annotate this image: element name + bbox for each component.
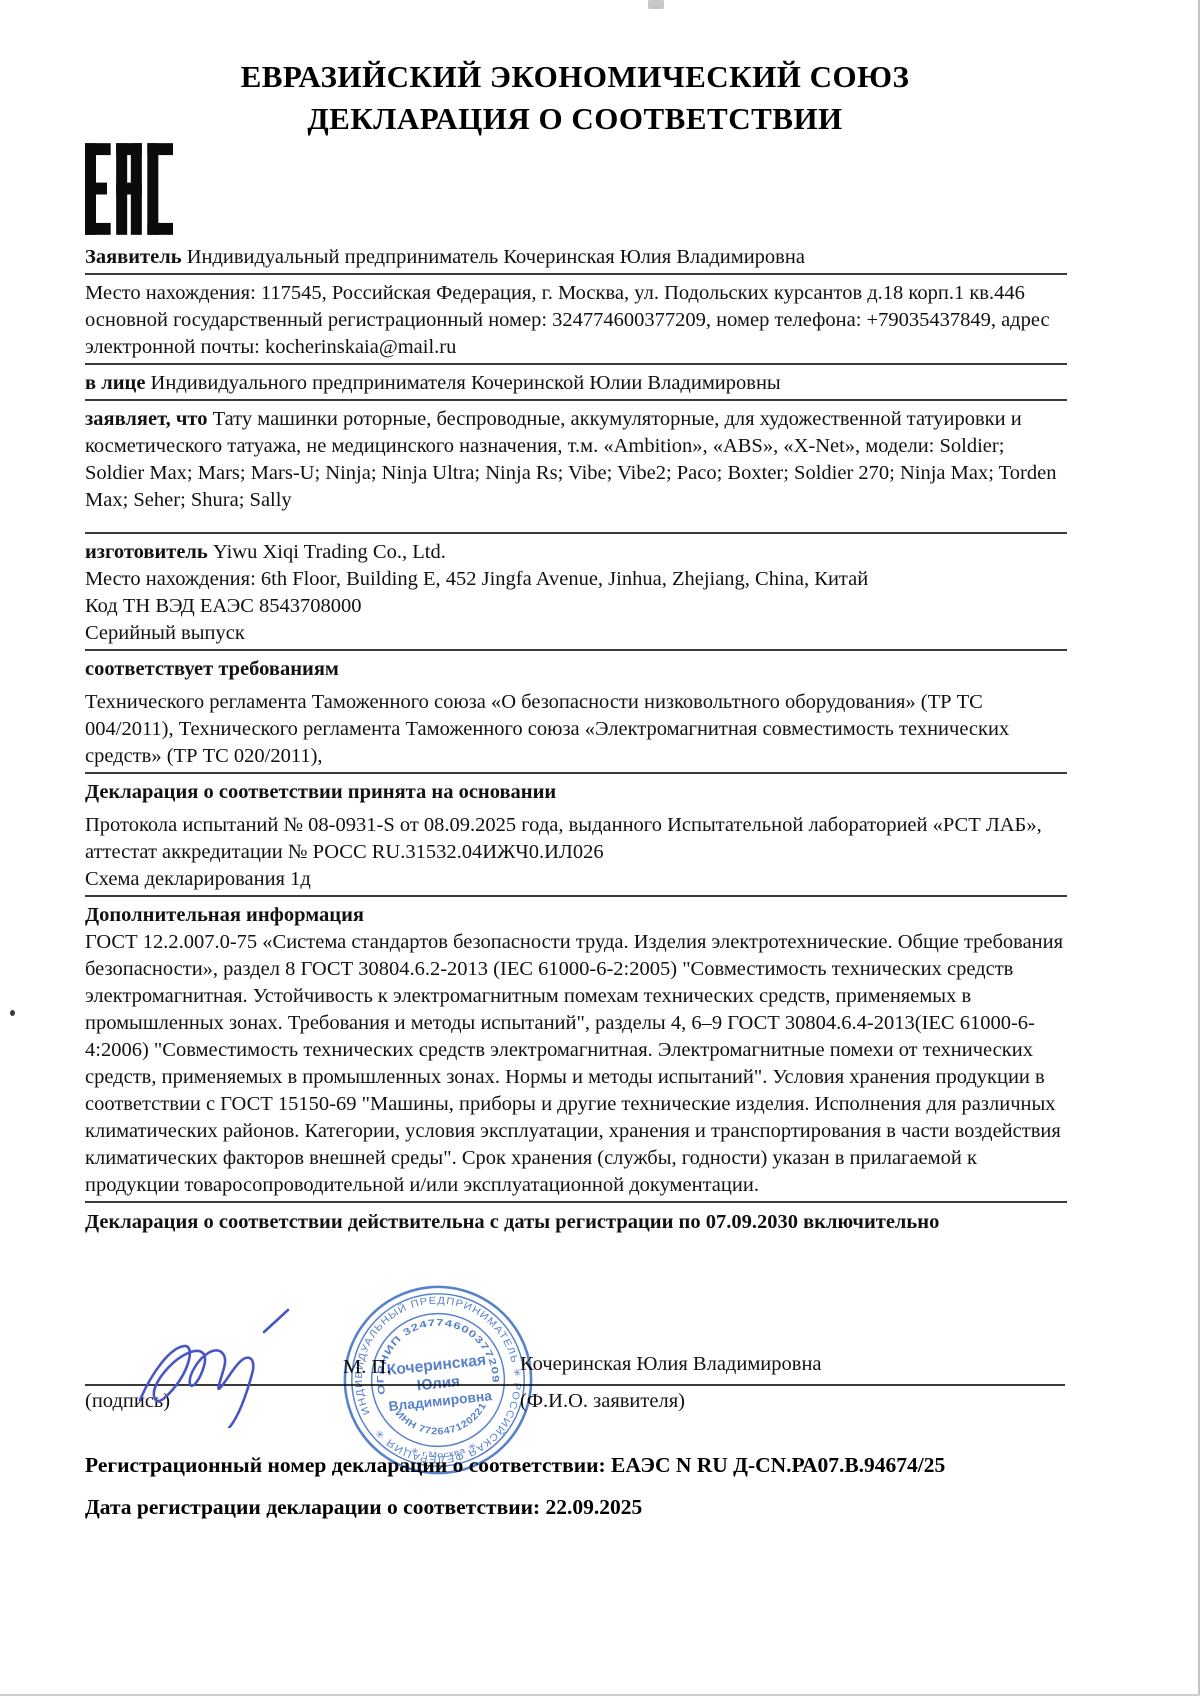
title-line-declaration: ДЕКЛАРАЦИЯ О СООТВЕТСТВИИ — [85, 98, 1065, 140]
section-divider — [85, 273, 1067, 275]
round-stamp: ИНДИВИДУАЛЬНЫЙ ПРЕДПРИНИМАТЕЛЬ ✳ РОССИЙС… — [322, 1264, 555, 1497]
section-divider — [85, 1201, 1067, 1203]
handwritten-signature — [112, 1288, 312, 1428]
applicant-address: Место нахождения: 117545, Российская Фед… — [85, 280, 1067, 307]
declares-label: заявляет, что — [85, 408, 207, 430]
manufacturer-label: изготовитель — [85, 541, 208, 563]
scan-smudge — [648, 0, 664, 9]
registration-date-value: 22.09.2025 — [540, 1495, 642, 1519]
section-divider — [85, 363, 1067, 365]
registration-date-row: Дата регистрации декларации о соответств… — [85, 1495, 1085, 1520]
section-divider — [85, 649, 1067, 651]
scan-dot — [10, 1010, 15, 1016]
basis-protocol: Протокола испытаний № 08-0931-S от 08.09… — [85, 812, 1067, 866]
manufacturer-address: Место нахождения: 6th Floor, Building E,… — [85, 566, 1067, 593]
manufacturer-name: Yiwu Xiqi Trading Co., Ltd. — [208, 541, 446, 563]
in-person-row: в лице Индивидуального предпринимателя К… — [85, 370, 1067, 397]
product-declaration-row: заявляет, что Тату машинки роторные, бес… — [85, 406, 1067, 514]
applicant-fio: Кочеринская Юлия Владимировна — [520, 1353, 822, 1376]
eac-mark-icon — [85, 143, 173, 235]
validity-statement: Декларация о соответствии действительна … — [85, 1209, 1067, 1236]
applicant-row: Заявитель Индивидуальный предприниматель… — [85, 244, 1067, 271]
section-divider — [85, 532, 1067, 534]
additional-info-body: ГОСТ 12.2.007.0-75 «Система стандартов б… — [85, 929, 1067, 1199]
section-divider — [85, 399, 1067, 401]
declaration-document-page: ЕВРАЗИЙСКИЙ ЭКОНОМИЧЕСКИЙ СОЮЗ ДЕКЛАРАЦИ… — [0, 0, 1200, 1696]
document-title: ЕВРАЗИЙСКИЙ ЭКОНОМИЧЕСКИЙ СОЮЗ ДЕКЛАРАЦИ… — [85, 56, 1065, 140]
product-description: Тату машинки роторные, беспроводные, акк… — [85, 408, 1056, 511]
in-person-label: в лице — [85, 372, 145, 394]
additional-info-heading: Дополнительная информация — [85, 902, 1067, 929]
compliance-heading: соответствует требованиям — [85, 656, 1067, 683]
registration-number-value: ЕАЭС N RU Д-CN.РА07.В.94674/25 — [606, 1453, 946, 1477]
applicant-ogrn-contacts: основной государственный регистрационный… — [85, 307, 1067, 361]
applicant-label: Заявитель — [85, 246, 182, 268]
section-divider — [85, 772, 1067, 774]
tnved-code: Код ТН ВЭД ЕАЭС 8543708000 — [85, 593, 1067, 620]
compliance-body: Технического регламента Таможенного союз… — [85, 689, 1067, 770]
basis-scheme: Схема декларирования 1д — [85, 866, 1067, 893]
release-type: Серийный выпуск — [85, 620, 1067, 647]
document-body: Заявитель Индивидуальный предприниматель… — [85, 244, 1067, 1236]
manufacturer-row: изготовитель Yiwu Xiqi Trading Co., Ltd. — [85, 539, 1067, 566]
basis-heading: Декларация о соответствии принята на осн… — [85, 779, 1067, 806]
title-line-union: ЕВРАЗИЙСКИЙ ЭКОНОМИЧЕСКИЙ СОЮЗ — [85, 56, 1065, 98]
section-divider — [85, 895, 1067, 897]
registration-date-label: Дата регистрации декларации о соответств… — [85, 1495, 540, 1519]
in-person-name: Индивидуального предпринимателя Кочеринс… — [145, 372, 780, 394]
applicant-name: Индивидуальный предприниматель Кочеринск… — [182, 246, 805, 268]
registration-number-row: Регистрационный номер декларации о соотв… — [85, 1453, 1085, 1478]
